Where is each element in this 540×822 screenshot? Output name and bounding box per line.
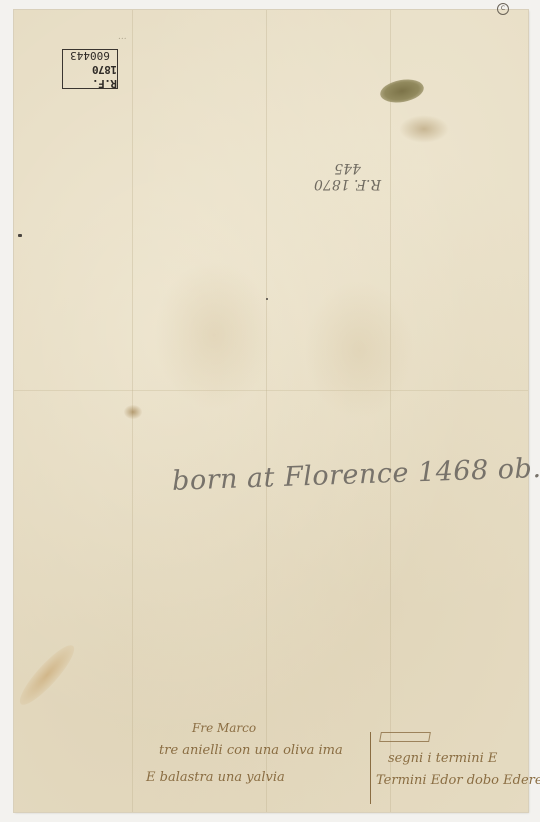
inscription-heading: Fre Marco [192, 721, 256, 735]
foxing-stain [124, 405, 142, 419]
foxing-stain [154, 260, 274, 410]
inventory-number: R.F. 1870 445 [314, 160, 381, 192]
water-stain [13, 639, 80, 710]
inscription-right-line-2: Termini Edor dobo Edere di [376, 773, 540, 788]
fold-line [390, 10, 391, 812]
inscription-line-2: E balastra una yalvia [146, 770, 285, 785]
inventory-line-1: 445 [314, 160, 381, 176]
corner-mark-icon: C [497, 3, 509, 15]
inscription-bracket [379, 732, 431, 742]
paper-sheet: ... R.F. 1870 600443 R.F. 1870 445 born … [14, 10, 528, 812]
faint-note: ... [118, 32, 127, 42]
inscription-line-1: tre anielli con una oliva ima [159, 743, 343, 758]
pin-hole [266, 298, 268, 300]
inscription-right-line-1: segni i termini E [388, 751, 497, 766]
fold-line [266, 10, 267, 812]
inscription-divider [370, 732, 371, 804]
pin-hole [18, 234, 22, 237]
inventory-line-2: R.F. 1870 [314, 176, 381, 192]
stamp-line-1: R.F. 1870 [63, 62, 117, 90]
attribution-note: born at Florence 1468 ob. 1513 [172, 450, 540, 497]
ink-stain [378, 76, 425, 105]
stamp-line-2: 600443 [70, 48, 110, 62]
collection-stamp: R.F. 1870 600443 [62, 49, 118, 89]
foxing-stain [304, 280, 414, 420]
foxing-stain [399, 115, 449, 143]
fold-line [14, 390, 528, 391]
